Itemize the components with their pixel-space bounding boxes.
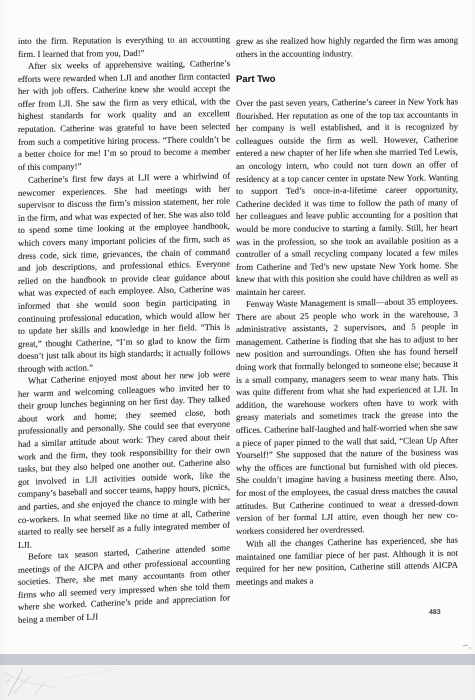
pencil-scratch-marks	[0, 665, 140, 700]
paragraph: After six weeks of apprehensive waiting,…	[18, 57, 230, 173]
paragraph: Over the past seven years, Catherine’s c…	[236, 95, 458, 298]
paragraph: With all the changes Catherine has exper…	[236, 533, 458, 588]
stray-ink-mark	[462, 643, 472, 651]
right-text-column: grew as she realized how highly regarded…	[236, 35, 458, 627]
section-heading: Part Two	[236, 73, 458, 87]
page-number: 483	[429, 609, 441, 616]
paragraph-continuation: into the firm. Reputation is everything …	[18, 33, 230, 60]
paragraph: Before tax season started, Catherine att…	[18, 542, 230, 627]
left-text-column: into the firm. Reputation is everything …	[18, 35, 230, 627]
paragraph: What Catherine enjoyed most about her ne…	[18, 368, 230, 552]
scanned-book-page: into the firm. Reputation is everything …	[0, 0, 475, 700]
scan-bottom-edge	[0, 665, 475, 700]
paragraph: Fenway Waste Management is small—about 3…	[236, 295, 458, 537]
two-column-text-block: into the firm. Reputation is everything …	[18, 35, 458, 627]
paragraph: Catherine’s first few days at LJI were a…	[18, 169, 230, 375]
bottom-scan-band	[0, 654, 475, 665]
paragraph-continuation: grew as she realized how highly regarded…	[236, 34, 458, 60]
